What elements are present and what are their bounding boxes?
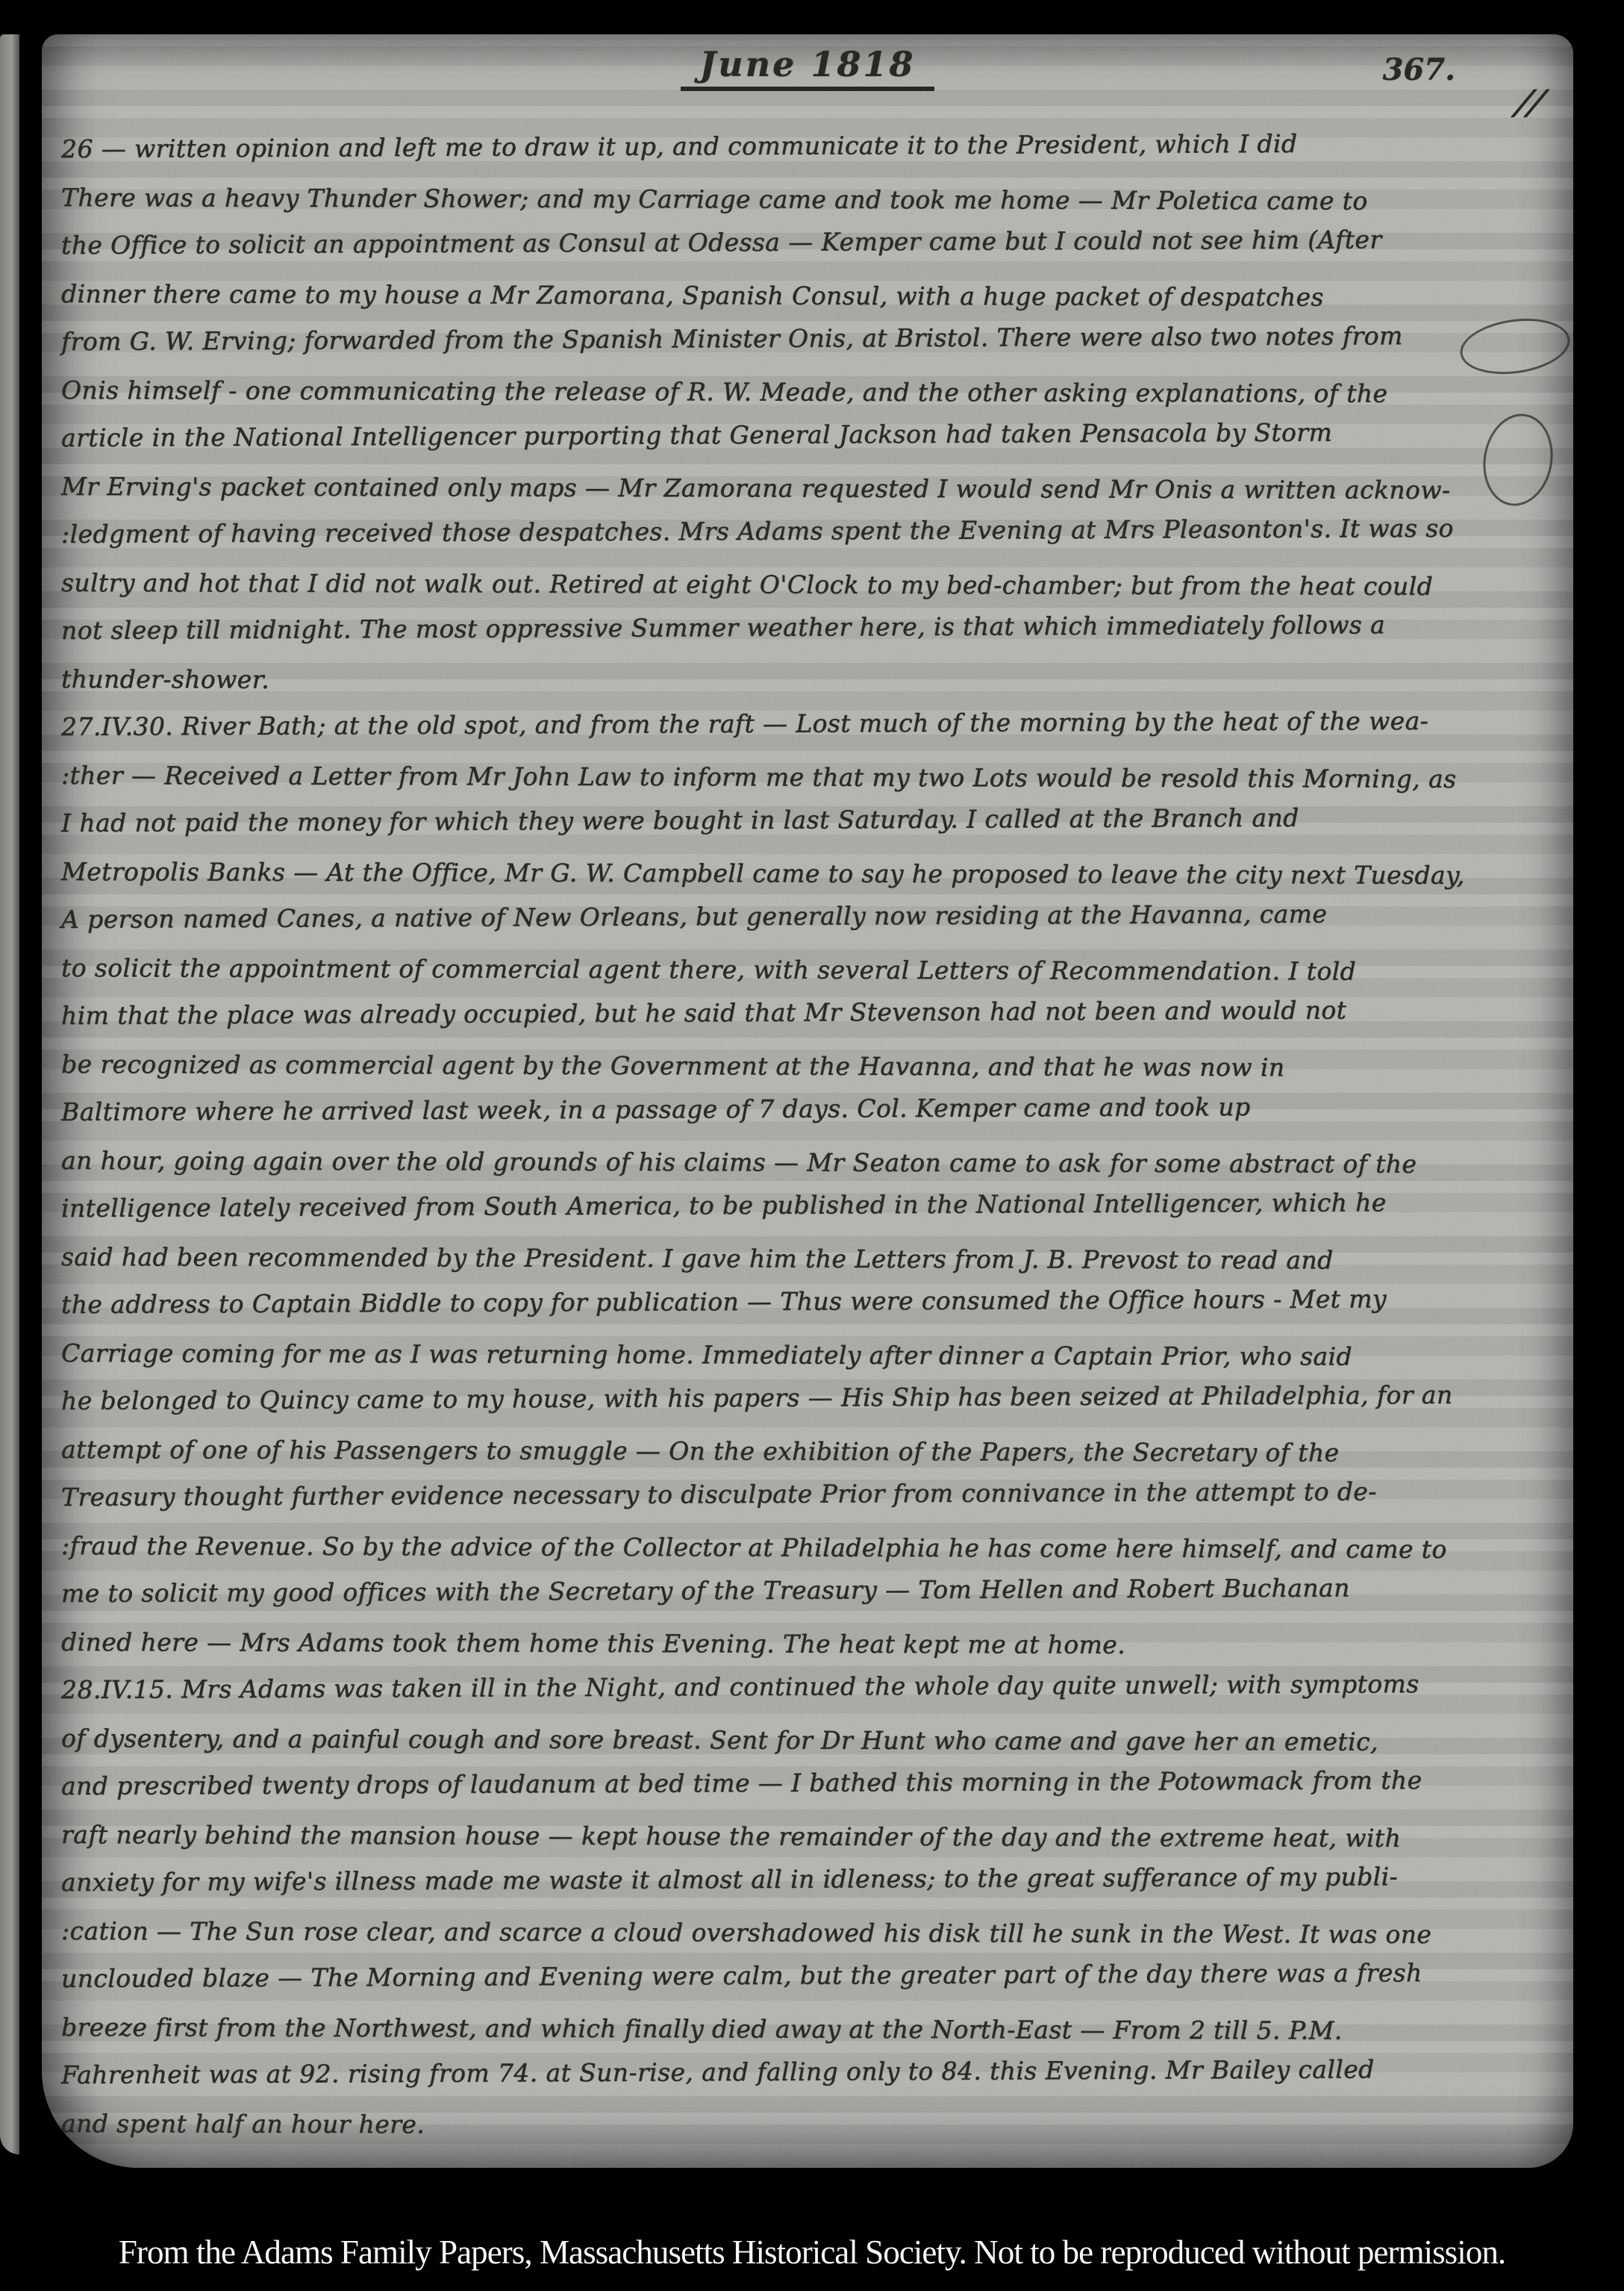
manuscript-line: intelligence lately received from South … [61, 1178, 1558, 1232]
manuscript-line: him that the place was already occupied,… [61, 985, 1558, 1040]
manuscript-line: Fahrenheit was at 92. rising from 74. at… [61, 2045, 1558, 2099]
manuscript-line: not sleep till midnight. The most oppres… [61, 600, 1558, 655]
manuscript-line: I had not paid the money for which they … [61, 793, 1558, 847]
manuscript-line: he belonged to Quincy came to my house, … [61, 1371, 1558, 1425]
manuscript-line: me to solicit my good offices with the S… [61, 1563, 1558, 1618]
manuscript-line: from G. W. Erving; forwarded from the Sp… [61, 311, 1558, 366]
attribution-footer: From the Adams Family Papers, Massachuse… [16, 2229, 1608, 2281]
previous-page-edge [0, 34, 19, 2154]
manuscript-line: article in the National Intelligencer pu… [61, 408, 1558, 462]
manuscript-page: June 1818 367. // 26 — written opinion a… [42, 34, 1573, 2168]
manuscript-line: 28.IV.15. Mrs Adams was taken ill in the… [61, 1659, 1558, 1714]
manuscript-line: :ledgment of having received those despa… [61, 504, 1558, 558]
manuscript-line: 26 — written opinion and left me to draw… [61, 119, 1558, 173]
page-number: 367. [1383, 52, 1455, 87]
manuscript-line: the Office to solicit an appointment as … [61, 215, 1558, 269]
manuscript-line: unclouded blaze — The Morning and Evenin… [61, 1948, 1558, 2003]
page-header: June 1818 [42, 34, 1573, 116]
page-title: June 1818 [681, 45, 935, 91]
manuscript-line: the address to Captain Biddle to copy fo… [61, 1274, 1558, 1329]
manuscript-text: 26 — written opinion and left me to draw… [61, 125, 1558, 2148]
manuscript-line: anxiety for my wife's illness made me wa… [61, 1852, 1558, 1907]
manuscript-line: 27.IV.30. River Bath; at the old spot, a… [61, 696, 1558, 751]
manuscript-line: Baltimore where he arrived last week, in… [61, 1082, 1558, 1136]
manuscript-line: A person named Canes, a native of New Or… [61, 889, 1558, 944]
manuscript-line: and spent half an hour here. [61, 2100, 1558, 2152]
manuscript-line: Treasury thought further evidence necess… [61, 1467, 1558, 1521]
manuscript-line: and prescribed twenty drops of laudanum … [61, 1756, 1558, 1810]
